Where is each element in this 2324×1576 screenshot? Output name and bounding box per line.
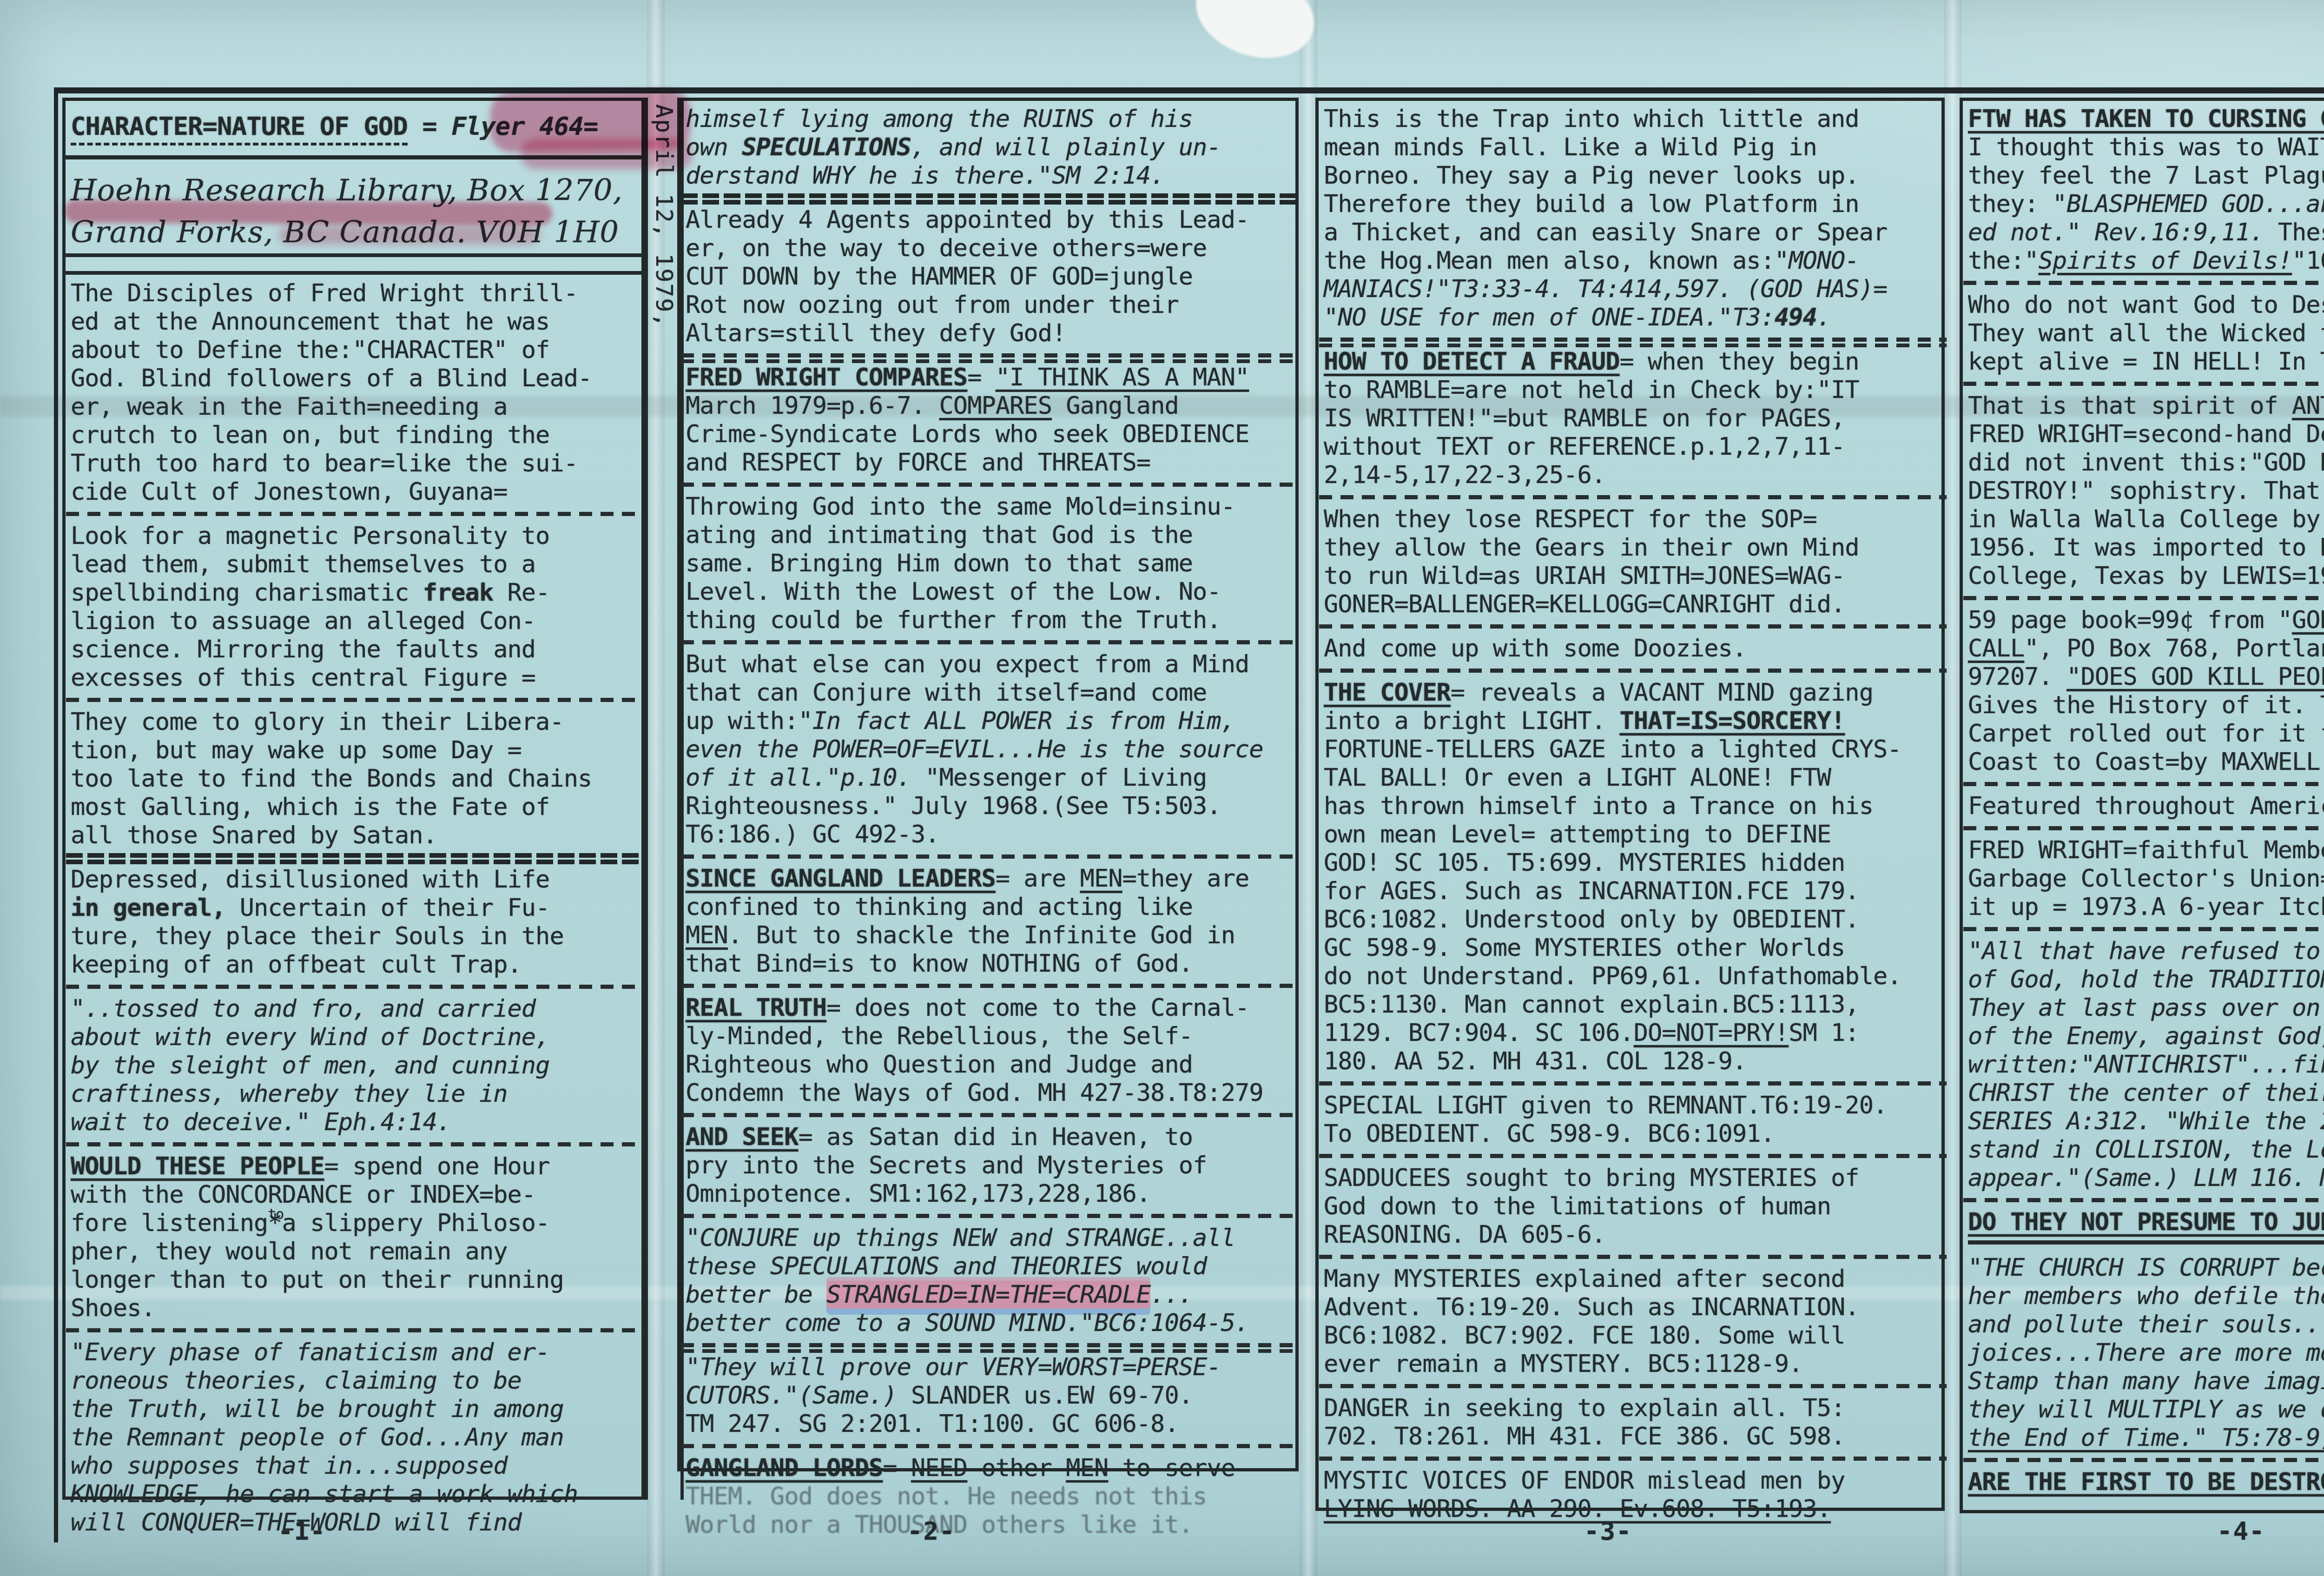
text-line: most Galling, which is the Fate of: [71, 793, 645, 821]
text-line: about with every Wind of Doctrine,: [71, 1023, 645, 1052]
text-line: too late to find the Bonds and Chains: [71, 765, 645, 793]
text-line: WOULD THESE PEOPLE= spend one Hour: [71, 1152, 645, 1181]
text-line: Crime-Syndicate Lords who seek OBEDIENCE: [686, 420, 1299, 449]
text-line: "NO USE for men of ONE-IDEA."T3:494.: [1324, 304, 1945, 332]
text-line: MANIACS!"T3:33-4. T4:414,597. (GOD HAS)=: [1324, 275, 1945, 304]
fold-crease-vertical-2: [1300, 0, 1317, 1576]
text-line: longer than to put on their running: [71, 1266, 645, 1294]
outer-top-border: [55, 87, 2324, 93]
text-line: 180. AA 52. MH 431. COL 128-9.: [1324, 1047, 1945, 1076]
header-divider: [62, 155, 645, 170]
column-1: CHARACTER=NATURE OF GOD = Flyer 464= Hoe…: [62, 98, 645, 1500]
text-line: that can Conjure with itself=and come: [686, 679, 1299, 707]
text-line: GONER=BALLENGER=KELLOGG=CANRIGHT did.: [1324, 590, 1945, 619]
text-line: with the CONCORDANCE or INDEX=be-: [71, 1181, 645, 1209]
text-line: fore listeningto*a slippery Philoso-: [71, 1209, 645, 1238]
paper-tear: [1185, 0, 1326, 73]
text-line: 59 page book=99¢ from "GOD'S LAST: [1968, 606, 2324, 635]
dashed-rule: [1324, 619, 1945, 635]
text-line: GC 598-9. Some MYSTERIES other Worlds: [1324, 934, 1945, 962]
text-line: "..tossed to and fro, and carried: [71, 995, 645, 1023]
dashed-rule: [1968, 776, 2324, 792]
text-line: Look for a magnetic Personality to: [71, 522, 645, 550]
text-line: SINCE GANGLAND LEADERS= are MEN=they are: [686, 865, 1299, 893]
text-line: to RAMBLE=are not held in Check by:"IT: [1324, 376, 1945, 404]
text-line: FRED WRIGHT COMPARES= "I THINK AS A MAN": [686, 364, 1299, 392]
faded-text-line: THEM. God does not. He needs not this: [686, 1483, 1299, 1511]
text-line: pher, they would not remain any: [71, 1238, 645, 1266]
text-line: GANGLAND LORDS= NEED other MEN to serve: [686, 1454, 1299, 1483]
text-line: thing could be further from the Truth.: [686, 606, 1299, 635]
dashed-rule: [686, 1107, 1299, 1123]
column-2-content: himself lying among the RUINS of hisown …: [677, 98, 1299, 1539]
text-line: ed at the Announcement that he was: [71, 308, 645, 336]
address-line-1: Hoehn Research Library, Box 1270,: [71, 170, 645, 212]
text-line: into a bright LIGHT. THAT=IS=SORCERY!: [1324, 707, 1945, 735]
text-line: DESTROY!" sophistry. That started: [1968, 477, 2324, 505]
text-line: SERIES A:312. "While the 2 Parties: [1968, 1107, 2324, 1136]
text-line: Borneo. They say a Pig never looks up.: [1324, 162, 1945, 190]
text-line: "Every phase of fanaticism and er-: [71, 1338, 645, 1367]
page-number-1: -1-: [278, 1516, 326, 1546]
dashed-rule: [686, 1438, 1299, 1454]
flyer-title: CHARACTER=NATURE OF GOD = Flyer 464=: [71, 105, 645, 152]
text-line: REAL TRUTH= does not come to the Carnal-: [686, 994, 1299, 1022]
text-line: ARE THE FIRST TO BE DESTROYED! 211.: [1968, 1468, 2324, 1497]
column-4: FTW HAS TAKEN TO CURSING GOD!I thought t…: [1960, 98, 2324, 1513]
text-line: stand in COLLISION, the Lord will: [1968, 1136, 2324, 1164]
text-line: by the sleight of men, and cunning: [71, 1052, 645, 1080]
text-line: of it all."p.10. "Messenger of Living: [686, 764, 1299, 792]
text-line: er, on the way to deceive others=were: [686, 234, 1299, 263]
text-line: Truth too hard to bear=like the sui-: [71, 450, 645, 478]
dashed-rule: [1324, 1249, 1945, 1265]
column-4-text: FTW HAS TAKEN TO CURSING GOD!I thought t…: [1968, 105, 2324, 1497]
faded-text-line: World nor a THOUSAND others like it.: [686, 1511, 1299, 1539]
text-line: they: "BLASPHEMED GOD...and repent-: [1968, 190, 2324, 219]
column-2-text: himself lying among the RUINS of hisown …: [686, 105, 1299, 1539]
text-line: TM 247. SG 2:201. T1:100. GC 606-8.: [686, 1410, 1299, 1438]
dashed-rule: [686, 849, 1299, 865]
text-line: But what else can you expect from a Mind: [686, 650, 1299, 679]
text-line: Already 4 Agents appointed by this Lead-: [686, 206, 1299, 234]
text-line: ligion to assuage an alleged Con-: [71, 607, 645, 636]
text-line: The Disciples of Fred Wright thrill-: [71, 279, 645, 308]
text-line: FTW HAS TAKEN TO CURSING GOD!: [1968, 105, 2324, 133]
text-line: himself lying among the RUINS of his: [686, 105, 1299, 133]
text-line: without TEXT or REFERENCE.p.1,2,7,11-: [1324, 433, 1945, 461]
text-line: and RESPECT by FORCE and THREATS=: [686, 449, 1299, 477]
column-3-text: This is the Trap into which little andme…: [1324, 105, 1945, 1523]
text-line: they allow the Gears in their own Mind: [1324, 534, 1945, 562]
text-line: it up = 1973.A 6-year Itch.: [1968, 893, 2324, 921]
text-line: THE COVER= reveals a VACANT MIND gazing: [1324, 679, 1945, 707]
text-line: "THE CHURCH IS CORRUPT because of: [1968, 1254, 2324, 1282]
text-line: Depressed, disillusioned with Life: [71, 866, 645, 894]
text-line: Condemn the Ways of God. MH 427-38.T8:27…: [686, 1079, 1299, 1107]
page-number-3: -3-: [1584, 1516, 1632, 1546]
text-line: has thrown himself into a Trance on his: [1324, 792, 1945, 821]
text-line: ever remain a MYSTERY. BC5:1128-9.: [1324, 1350, 1945, 1378]
text-line: God. Blind followers of a Blind Lead-: [71, 364, 645, 393]
column-4-content: FTW HAS TAKEN TO CURSING GOD!I thought t…: [1960, 98, 2324, 1497]
text-line: in Walla Walla College by HUEBACH: [1968, 505, 2324, 534]
text-line: Coast to Coast=by MAXWELL of LLU.: [1968, 748, 2324, 776]
dashed-rule: [1968, 821, 2324, 836]
fold-crease-vertical-3: [1944, 0, 1961, 1576]
text-line: written:"ANTICHRIST"...find in ANTI-: [1968, 1051, 2324, 1079]
text-line: Garbage Collector's Union=picked: [1968, 865, 2324, 893]
text-line: Carpet rolled out for it from: [1968, 720, 2324, 748]
text-line: in general, Uncertain of their Fu-: [71, 894, 645, 922]
text-line: CUTORS."(Same.) SLANDER us.EW 69-70.: [686, 1382, 1299, 1410]
column-3-content: This is the Trap into which little andme…: [1315, 98, 1945, 1523]
text-line: "CONJURE up things NEW and STRANGE..all: [686, 1224, 1299, 1252]
dashed-rule: [1968, 275, 2324, 291]
text-line: same. Bringing Him down to that same: [686, 550, 1299, 578]
text-line: appear."(Same.) LLM 116. MM 133.: [1968, 1164, 2324, 1192]
text-line: To OBEDIENT. GC 598-9. BC6:1091.: [1324, 1120, 1945, 1148]
text-line: They at last pass over on the side: [1968, 994, 2324, 1022]
text-line: SPECIAL LIGHT given to REMNANT.T6:19-20.: [1324, 1092, 1945, 1120]
text-line: Featured throughout America=1978.: [1968, 792, 2324, 821]
text-line: about to Define the:"CHARACTER" of: [71, 336, 645, 364]
text-line: Throwing God into the same Mold=insinu-: [686, 493, 1299, 521]
text-line: Stamp than many have imagined, and: [1968, 1367, 2324, 1396]
text-line: FORTUNE-TELLERS GAZE into a lighted CRYS…: [1324, 735, 1945, 764]
text-line: to run Wild=as URIAH SMITH=JONES=WAG-: [1324, 562, 1945, 590]
text-line: IS WRITTEN!"=but RAMBLE on for PAGES,: [1324, 404, 1945, 433]
text-line: CUT DOWN by the HAMMER OF GOD=jungle: [686, 263, 1299, 291]
text-line: And come up with some Doozies.: [1324, 635, 1945, 663]
text-line: MEN. But to shackle the Infinite God in: [686, 921, 1299, 950]
text-line: KNOWLEDGE, he can start a work which: [71, 1480, 645, 1509]
text-line: Gives the History of it. The Red: [1968, 691, 2324, 720]
text-line: CHRIST the center of their UNION.": [1968, 1079, 2324, 1107]
dashed-rule: [71, 850, 645, 866]
text-line: own mean Level= attempting to DEFINE: [1324, 821, 1945, 849]
dashed-rule: [1324, 1451, 1945, 1467]
text-line: 702. T8:261. MH 431. FCE 386. GC 598.: [1324, 1423, 1945, 1451]
text-line: March 1979=p.6-7. COMPARES Gangland: [686, 392, 1299, 420]
text-line: REASONING. DA 605-6.: [1324, 1221, 1945, 1249]
text-line: tion, but may wake up some Day =: [71, 736, 645, 765]
dashed-rule: [71, 1137, 645, 1152]
dashed-rule: [686, 190, 1299, 206]
text-line: who supposes that in...supposed: [71, 1452, 645, 1480]
text-line: FRED WRIGHT=second-hand Dealer =: [1968, 420, 2324, 449]
dashed-rule: [686, 348, 1299, 364]
text-line: LYING WORDS. AA 290. Ev.608. T5:193.: [1324, 1495, 1945, 1523]
text-line: will CONQUER=THE=WORLD will find: [71, 1509, 645, 1537]
text-line: Advent. T6:19-20. Such as INCARNATION.: [1324, 1293, 1945, 1322]
text-line: 2,14-5,17,22-3,25-6.: [1324, 461, 1945, 490]
text-line: Omnipotence. SM1:162,173,228,186.: [686, 1180, 1299, 1208]
dashed-rule: [1324, 332, 1945, 348]
text-line: DO THEY NOT PRESUME TO JUDGE GOD?: [1968, 1208, 2324, 1237]
text-line: T6:186.) GC 492-3.: [686, 821, 1299, 849]
text-line: her members who defile their bodies: [1968, 1282, 2324, 1311]
text-line: the:"Spirits of Devils!"16:14.: [1968, 247, 2324, 275]
text-line: BC5:1130. Man cannot explain.BC5:1113,: [1324, 991, 1945, 1019]
text-line: Righteous who Question and Judge and: [686, 1051, 1299, 1079]
text-line: pry into the Secrets and Mysteries of: [686, 1152, 1299, 1180]
page-number-2: -2-: [907, 1516, 956, 1546]
text-line: better be STRANGLED=IN=THE=CRADLE...: [686, 1281, 1299, 1309]
text-line: TAL BALL! Or even a LIGHT ALONE! FTW: [1324, 764, 1945, 792]
text-line: spellbinding charismatic freak Re-: [71, 579, 645, 607]
dashed-rule: [71, 692, 645, 708]
text-line: roneous theories, claiming to be: [71, 1367, 645, 1395]
solid-rule: [1968, 1240, 2324, 1254]
text-line: mean minds Fall. Like a Wild Pig in: [1324, 133, 1945, 162]
text-line: for AGES. Such as INCARNATION.FCE 179.: [1324, 877, 1945, 906]
dashed-rule: [1968, 1192, 2324, 1208]
text-line: they feel the 7 Last Plagues!Then: [1968, 162, 2324, 190]
dashed-rule: [71, 1323, 645, 1338]
text-line: did not invent this:"GOD DOES NOT: [1968, 449, 2324, 477]
text-line: Therefore they build a low Platform in: [1324, 190, 1945, 219]
text-line: FRED WRIGHT=faithful Member of the: [1968, 836, 2324, 865]
text-line: confined to thinking and acting like: [686, 893, 1299, 921]
column-2: himself lying among the RUINS of hisown …: [677, 98, 1299, 1471]
text-line: craftiness, whereby they lie in: [71, 1080, 645, 1108]
text-line: Many MYSTERIES explained after second: [1324, 1265, 1945, 1293]
text-line: science. Mirroring the faults and: [71, 636, 645, 664]
text-line: and pollute their souls...Satan re-: [1968, 1311, 2324, 1339]
text-line: I thought this was to WAIT until: [1968, 133, 2324, 162]
text-line: wait to deceive." Eph.4:14.: [71, 1108, 645, 1137]
text-line: 97207. "DOES GOD KILL PEOPLE?": [1968, 663, 2324, 691]
text-line: even the POWER=OF=EVIL...He is the sourc…: [686, 735, 1299, 764]
dashed-rule: [71, 979, 645, 995]
text-line: a Thicket, and can easily Snare or Spear: [1324, 219, 1945, 247]
text-line: the Truth, will be brought in among: [71, 1395, 645, 1424]
text-line: derstand WHY he is there."SM 2:14.: [686, 162, 1299, 190]
dashed-rule: [1324, 1378, 1945, 1394]
text-line: er, weak in the Faith=needing a: [71, 393, 645, 421]
dashed-rule: [1968, 921, 2324, 937]
page-number-4: -4-: [2217, 1516, 2265, 1546]
column-1-content: CHARACTER=NATURE OF GOD = Flyer 464= Hoe…: [62, 98, 645, 1537]
text-line: all those Snared by Satan.: [71, 821, 645, 850]
text-line: This is the Trap into which little and: [1324, 105, 1945, 133]
dashed-rule: [686, 978, 1299, 994]
text-line: Shoes.: [71, 1294, 645, 1323]
text-line: CALL", PO Box 768, Portland, Ore.: [1968, 635, 2324, 663]
text-line: ture, they place their Souls in the: [71, 922, 645, 951]
sideways-date: April 12, 1979,: [651, 104, 678, 328]
text-line: own SPECULATIONS, and will plainly un-: [686, 133, 1299, 162]
text-line: keeping of an offbeat cult Trap.: [71, 951, 645, 979]
text-line: the Hog.Mean men also, known as:"MONO-: [1324, 247, 1945, 275]
text-line: SADDUCEES sought to bring MYSTERIES of: [1324, 1164, 1945, 1192]
text-line: "They will prove our VERY=WORST=PERSE-: [686, 1353, 1299, 1382]
text-line: AND SEEK= as Satan did in Heaven, to: [686, 1123, 1299, 1152]
text-line: the Remnant people of God...Any man: [71, 1424, 645, 1452]
text-line: crutch to lean on, but finding the: [71, 421, 645, 450]
text-line: do not Understand. PP69,61. Unfathomable…: [1324, 962, 1945, 991]
text-line: ly-Minded, the Rebellious, the Self-: [686, 1022, 1299, 1051]
text-line: They want all the Wicked to be: [1968, 319, 2324, 348]
header-divider-thick: [62, 253, 645, 275]
text-line: Level. With the Lowest of the Low. No-: [686, 578, 1299, 606]
text-line: MYSTIC VOICES OF ENDOR mislead men by: [1324, 1467, 1945, 1495]
text-line: excesses of this central Figure =: [71, 664, 645, 692]
text-line: "All that have refused to be taught: [1968, 937, 2324, 966]
text-line: GOD! SC 105. T5:699. MYSTERIES hidden: [1324, 849, 1945, 877]
text-line: When they lose RESPECT for the SOP=: [1324, 505, 1945, 534]
column-3: This is the Trap into which little andme…: [1315, 98, 1945, 1511]
dashed-rule: [71, 506, 645, 522]
text-line: 1129. BC7:904. SC 106.DO=NOT=PRY!SM 1:: [1324, 1019, 1945, 1047]
text-line: Who do not want God to Destroy!: [1968, 291, 2324, 319]
text-line: God down to the limitations of human: [1324, 1192, 1945, 1221]
text-line: these SPECULATIONS and THEORIES would: [686, 1252, 1299, 1281]
text-line: ating and intimating that God is the: [686, 521, 1299, 550]
text-line: College, Texas by LEWIS=1968: [1968, 562, 2324, 590]
dashed-rule: [686, 1208, 1299, 1224]
text-line: They come to glory in their Libera-: [71, 708, 645, 736]
text-line: better come to a SOUND MIND."BC6:1064-5.: [686, 1309, 1299, 1338]
dashed-rule: [1324, 663, 1945, 679]
text-line: joices...There are more men of this: [1968, 1339, 2324, 1367]
text-line: the End of Time." T5:78-9,141-7.: [1968, 1424, 2324, 1452]
dashed-rule: [686, 635, 1299, 650]
text-line: Altars=still they defy God!: [686, 319, 1299, 348]
text-line: HOW TO DETECT A FRAUD= when they begin: [1324, 348, 1945, 376]
text-line: of the Enemy, against God, and are: [1968, 1022, 2324, 1051]
text-line: ed not." Rev.16:9,11. These are: [1968, 219, 2324, 247]
dashed-rule: [1324, 1148, 1945, 1164]
dashed-rule: [1324, 490, 1945, 505]
text-line: lead them, submit themselves to a: [71, 550, 645, 579]
text-line: BC6:1082. BC7:902. FCE 180. Some will: [1324, 1322, 1945, 1350]
dashed-rule: [1968, 590, 2324, 606]
text-line: kept alive = IN HELL! In TORMENT!: [1968, 348, 2324, 376]
address-line-2: Grand Forks, BC Canada. V0H 1H0: [71, 212, 645, 253]
dashed-rule: [1968, 1452, 2324, 1468]
text-line: BC6:1082. Understood only by OBEDIENT.: [1324, 906, 1945, 934]
text-line: Rot now oozing out from under their: [686, 291, 1299, 319]
column-1-text: The Disciples of Fred Wright thrill-ed a…: [71, 279, 645, 1537]
text-line: That is that spirit of ANTICHRIST:: [1968, 392, 2324, 420]
text-line: Righteousness." July 1968.(See T5:503.: [686, 792, 1299, 821]
scanned-flyer-page: CHARACTER=NATURE OF GOD = Flyer 464= Hoe…: [0, 0, 2324, 1576]
text-line: of God, hold the TRADITIONS of men,: [1968, 966, 2324, 994]
dashed-rule: [686, 477, 1299, 493]
text-line: 1956. It was imported to Keene: [1968, 534, 2324, 562]
text-line: up with:"In fact ALL POWER is from Him,: [686, 707, 1299, 735]
text-line: that Bind=is to know NOTHING of God.: [686, 950, 1299, 978]
text-line: cide Cult of Jonestown, Guyana=: [71, 478, 645, 506]
outer-left-border: [54, 87, 58, 1543]
text-line: they will MULTIPLY as we draw near: [1968, 1396, 2324, 1424]
dashed-rule: [686, 1338, 1299, 1353]
dashed-rule: [1968, 376, 2324, 392]
text-line: DANGER in seeking to explain all. T5:: [1324, 1394, 1945, 1423]
dashed-rule: [1324, 1076, 1945, 1092]
